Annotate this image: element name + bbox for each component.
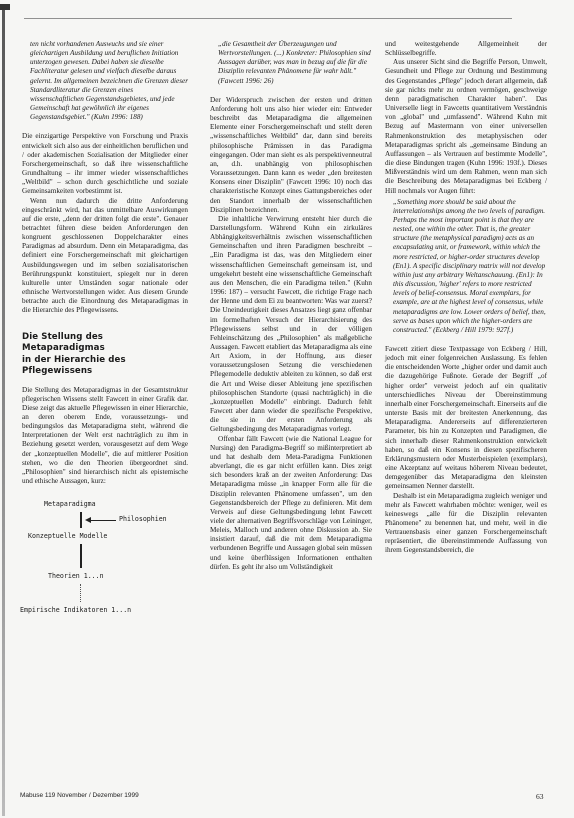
block-quote: ten nicht vorhandenen Auswuchs und sie e…	[30, 40, 188, 122]
paragraph: Der Widerspruch zwischen der ersten und …	[210, 96, 372, 215]
section-heading: Die Stellung des Metaparadigmas in der H…	[22, 332, 188, 378]
diagram-level-empirische-indikatoren: Empirische Indikatoren 1...n	[20, 606, 131, 615]
paragraph: Die Stellung des Metaparadigmas in der G…	[22, 386, 188, 487]
connector-line	[80, 512, 82, 528]
diagram-level-theorien: Theorien 1...n	[48, 572, 104, 581]
paragraph: und weitestgehende Allgemeinheit der Sch…	[385, 40, 547, 58]
hierarchy-diagram: Metaparadigma Philosophien Konzeptuelle …	[22, 500, 188, 622]
paragraph: Fawcett zitiert diese Textpassage von Ec…	[385, 345, 547, 492]
binding-edge	[2, 4, 5, 816]
heading-line: in der Hierarchie des Pflegewissens	[22, 355, 188, 378]
paragraph: Offenbar fällt Fawcett (wie die National…	[210, 435, 372, 572]
paragraph: Wenn nun dadurch die dritte Anforderung …	[22, 197, 188, 316]
diagram-level-metaparadigma: Metaparadigma	[44, 500, 96, 509]
column-1: ten nicht vorhandenen Auswuchs und sie e…	[22, 40, 188, 622]
connector-dotted	[80, 584, 82, 602]
journal-footer: Mabuse 119 November / Dezember 1999	[20, 792, 139, 799]
connector-line	[80, 544, 82, 568]
heading-line: Die Stellung des Metaparadigmas	[22, 332, 188, 355]
page-number: 63	[536, 792, 544, 801]
paragraph: Die inhaltliche Verwirrung entsteht hier…	[210, 215, 372, 435]
paragraph: Die einzigartige Perspektive von Forschu…	[22, 132, 188, 196]
journal-page: ten nicht vorhandenen Auswuchs und sie e…	[0, 0, 574, 818]
column-2: „die Gesamtheit der Überzeugungen und We…	[210, 40, 372, 572]
paragraph: Deshalb ist ein Metaparadigma zugleich w…	[385, 492, 547, 556]
diagram-level-konzeptuelle-modelle: Konzeptuelle Modelle	[28, 532, 107, 541]
block-quote: „die Gesamtheit der Überzeugungen und We…	[218, 40, 372, 86]
paragraph: Aus unserer Sicht sind die Begriffe Pers…	[385, 58, 547, 195]
arrow-shaft	[90, 520, 116, 522]
diagram-input-philosophien: Philosophien	[119, 515, 167, 524]
block-quote: „Something more should be said about the…	[393, 198, 547, 335]
header-rule	[24, 18, 512, 19]
binding-mark	[0, 4, 10, 10]
column-3: und weitestgehende Allgemeinheit der Sch…	[385, 40, 547, 556]
